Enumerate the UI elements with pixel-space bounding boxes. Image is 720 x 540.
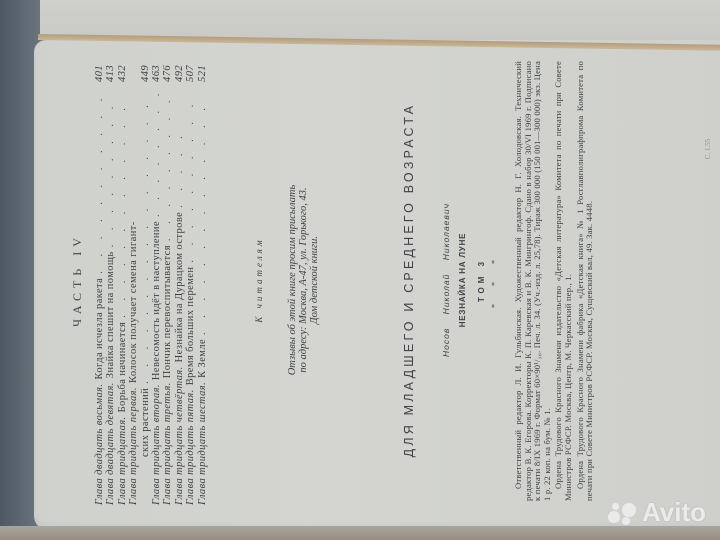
readers-note: Отзывы об этой книге просим присылать по… bbox=[287, 115, 320, 445]
page-number: 401 bbox=[94, 65, 105, 89]
avito-logo-icon bbox=[608, 501, 638, 525]
page-number: 463 bbox=[151, 65, 162, 89]
page-number: 476 bbox=[162, 65, 173, 89]
page-number: 449 bbox=[140, 65, 151, 89]
chapter-number: Глава двадцать девятая. bbox=[105, 382, 116, 505]
chapter-title: Невесомость идёт в наступление bbox=[151, 221, 162, 380]
chapter-number: Глава двадцать восьмая. bbox=[94, 384, 105, 505]
leader-dots: . . . . . . . . . . . . . . . . . . . . … bbox=[140, 93, 151, 384]
imprint-block: Ответственный редактор Л. И. Гульбинская… bbox=[514, 61, 597, 501]
chapter-number: Глава тридцатая. bbox=[117, 416, 128, 505]
chapter-title: Когда исчезла ракета bbox=[94, 278, 105, 380]
chapter-title: Колосок получает семена гигант- bbox=[128, 221, 139, 383]
author-first-name: Николай bbox=[441, 274, 451, 315]
leader-dots: . . . . . . . . . . . . . . . . . . . . … bbox=[105, 93, 116, 247]
toc-row: ских растений . . . . . . . . . . . . . … bbox=[140, 65, 151, 505]
toc-row: Глава тридцатая. Борьба начинается . . .… bbox=[117, 65, 128, 505]
leader-dots: . . . . . . . . . . . . . . . . . . . . … bbox=[94, 93, 105, 274]
avito-watermark: Avito bbox=[608, 497, 706, 528]
watermark-text: Avito bbox=[642, 497, 706, 528]
readers-line: Отзывы об этой книге просим присылать bbox=[287, 115, 298, 445]
chapter-title: Пончик перевоспитывается bbox=[162, 245, 173, 378]
toc-row: Глава двадцать девятая. Знайка спешит на… bbox=[105, 65, 116, 505]
leader-dots: . . . . . . . . . . . . . . . bbox=[185, 93, 196, 263]
imprint-publisher: Ордена Трудового Красного Знамени издате… bbox=[554, 61, 573, 501]
imprint-credits: Ответственный редактор Л. И. Гульбинская… bbox=[514, 61, 552, 501]
pencil-note: С. 1.55 bbox=[704, 139, 712, 159]
facing-page-edge bbox=[40, 0, 720, 40]
toc-row: Глава тридцать первая. Колосок получает … bbox=[128, 65, 139, 505]
book-title: НЕЗНАЙКА НА ЛУНЕ bbox=[458, 45, 467, 515]
chapter-title: К Земле bbox=[197, 339, 208, 378]
chapter-title: Время больших перемен bbox=[185, 267, 196, 386]
page-number: 413 bbox=[105, 65, 116, 89]
chapter-number: Глава тридцать вторая. bbox=[151, 384, 162, 505]
rotated-page-content: ЧАСТЬ IV Глава двадцать восьмая. Когда и… bbox=[64, 45, 664, 515]
series-title: ДЛЯ МЛАДШЕГО И СРЕДНЕГО ВОЗРАСТА bbox=[402, 45, 416, 515]
author-patronymic: Николаевич bbox=[441, 203, 451, 260]
part-title: ЧАСТЬ IV bbox=[70, 45, 85, 515]
chapter-title: Знайка спешит на помощь bbox=[105, 251, 116, 378]
page-number: 521 bbox=[197, 65, 208, 89]
page-number: 432 bbox=[117, 65, 128, 89]
chapter-number: Глава тридцать четвёртая. bbox=[174, 366, 185, 505]
chapter-number: Глава тридцать первая. bbox=[128, 387, 139, 505]
chapter-number: Глава тридцать третья. bbox=[162, 382, 173, 505]
readers-line: Дом детской книги. bbox=[309, 115, 320, 445]
volume-label: ТОМ 3 bbox=[477, 45, 486, 515]
leader-dots: . . . . . bbox=[174, 93, 185, 208]
leader-dots: . . . . . . . . . . . . . . . . . . . . … bbox=[197, 93, 208, 335]
imprint-printer: Ордена Трудового Красного Знамени фабрик… bbox=[576, 61, 595, 501]
chapter-title: Незнайка на Дурацком острове bbox=[174, 212, 185, 363]
author-name: Носов Николай Николаевич bbox=[441, 45, 451, 515]
ornament-stars: * * * bbox=[490, 45, 499, 515]
page-number: 492 bbox=[174, 65, 185, 89]
table-surface bbox=[0, 526, 720, 540]
toc-row: Глава тридцать вторая. Невесомость идёт … bbox=[151, 65, 162, 505]
toc-row: Глава тридцать третья. Пончик перевоспит… bbox=[162, 65, 173, 505]
chapter-title: Борьба начинается bbox=[117, 322, 128, 413]
toc-row: Глава тридцать пятая. Время больших пере… bbox=[185, 65, 196, 505]
chapter-number: Глава тридцать пятая. bbox=[185, 389, 196, 505]
chapter-title: ских растений bbox=[140, 388, 151, 457]
leader-dots: . . . . . . . . . . . . bbox=[151, 93, 162, 217]
table-of-contents: Глава двадцать восьмая. Когда исчезла ра… bbox=[94, 65, 208, 505]
author-surname: Носов bbox=[441, 328, 451, 357]
toc-row: Глава тридцать четвёртая. Незнайка на Ду… bbox=[174, 65, 185, 505]
readers-heading: К читателям bbox=[254, 45, 264, 515]
readers-line: по адресу: Москва, А-47, ул. Горького, 4… bbox=[298, 115, 309, 445]
leader-dots: . . . . . . . . . . . . . . . bbox=[162, 93, 173, 241]
toc-row: Глава двадцать восьмая. Когда исчезла ра… bbox=[94, 65, 105, 505]
toc-row: Глава тридцать шестая. К Земле . . . . .… bbox=[197, 65, 208, 505]
leader-dots: . . . . . . . . . . . . . . . . . . . . … bbox=[117, 93, 128, 318]
page-number: 507 bbox=[185, 65, 196, 89]
chapter-number: Глава тридцать шестая. bbox=[197, 382, 208, 505]
